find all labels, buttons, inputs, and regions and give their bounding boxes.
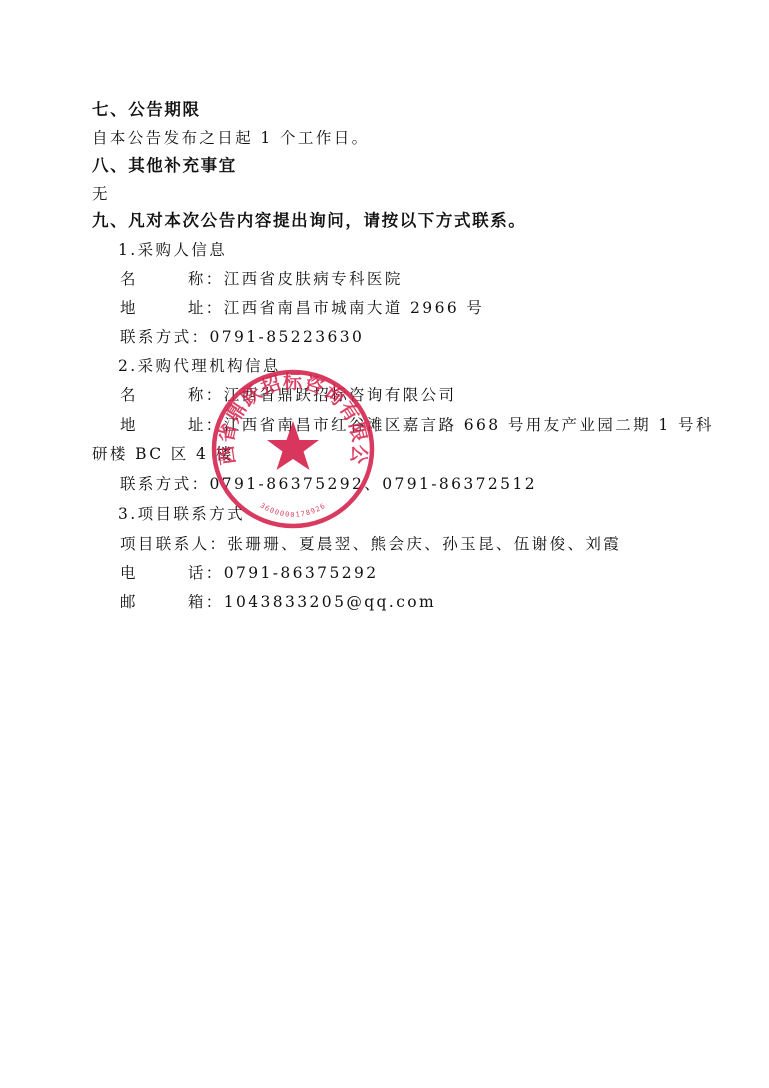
- purchaser-name: 江西省皮肤病专科医院: [224, 270, 403, 288]
- contact-label: 联系方式：: [120, 328, 210, 346]
- agency-name: 江西省鼎跃招标咨询有限公司: [224, 386, 457, 404]
- project-email-row: 邮箱：1043833205@qq.com: [120, 592, 436, 612]
- contact-label: 联系方式：: [120, 475, 210, 493]
- phone-label-char2: 话：: [188, 564, 224, 582]
- seal-code: 3600000178926: [259, 502, 328, 519]
- project-phone-row: 电话：0791-86375292: [120, 563, 379, 583]
- address-label-char1: 地: [120, 416, 138, 434]
- purchaser-name-row: 名称：江西省皮肤病专科医院: [120, 269, 403, 289]
- purchaser-address-row: 地址：江西省南昌市城南大道 2966 号: [120, 298, 484, 318]
- purchaser-address: 江西省南昌市城南大道 2966 号: [224, 299, 485, 317]
- address-label-char2: 址：: [188, 416, 224, 434]
- project-phone: 0791-86375292: [224, 564, 379, 582]
- phone-label-char1: 电: [120, 564, 138, 582]
- section-heading-9: 九、凡对本次公告内容提出询问，请按以下方式联系。: [92, 211, 526, 231]
- agency-address-row: 地址：江西省南昌市红谷滩区嘉言路 668 号用友产业园二期 1 号科: [120, 415, 714, 435]
- purchaser-contact-row: 联系方式：0791-85223630: [120, 327, 364, 347]
- agency-address-line2: 研楼 BC 区 4 楼: [92, 444, 234, 464]
- name-label-char2: 称：: [188, 270, 224, 288]
- svg-text:3600000178926: 3600000178926: [259, 502, 328, 519]
- email-label-char1: 邮: [120, 593, 138, 611]
- project-title: 3.项目联系方式: [118, 504, 245, 524]
- project-people: 张珊珊、夏晨翌、熊会庆、孙玉昆、伍谢俊、刘霞: [227, 535, 621, 553]
- agency-contact-row: 联系方式：0791-86375292、0791-86372512: [120, 474, 537, 494]
- name-label-char1: 名: [120, 270, 138, 288]
- section-heading-7: 七、公告期限: [92, 100, 201, 120]
- agency-contact: 0791-86375292、0791-86372512: [210, 475, 537, 493]
- agency-title: 2.采购代理机构信息: [118, 356, 281, 376]
- purchaser-contact: 0791-85223630: [210, 328, 365, 346]
- purchaser-title: 1.采购人信息: [118, 240, 227, 260]
- address-label-char2: 址：: [188, 299, 224, 317]
- project-people-row: 项目联系人：张珊珊、夏晨翌、熊会庆、孙玉昆、伍谢俊、刘霞: [120, 534, 621, 554]
- section-body-7: 自本公告发布之日起 1 个工作日。: [92, 128, 370, 148]
- address-label-char1: 地: [120, 299, 138, 317]
- project-email: 1043833205@qq.com: [224, 593, 436, 611]
- agency-name-row: 名称：江西省鼎跃招标咨询有限公司: [120, 385, 456, 405]
- name-label-char1: 名: [120, 386, 138, 404]
- section-heading-8: 八、其他补充事宜: [92, 156, 237, 176]
- name-label-char2: 称：: [188, 386, 224, 404]
- email-label-char2: 箱：: [188, 593, 224, 611]
- document-page: 七、公告期限 自本公告发布之日起 1 个工作日。 八、其他补充事宜 无 九、凡对…: [0, 0, 769, 1088]
- section-body-8: 无: [92, 184, 110, 204]
- agency-address-line1: 江西省南昌市红谷滩区嘉言路 668 号用友产业园二期 1 号科: [224, 416, 714, 434]
- people-label: 项目联系人：: [120, 535, 227, 553]
